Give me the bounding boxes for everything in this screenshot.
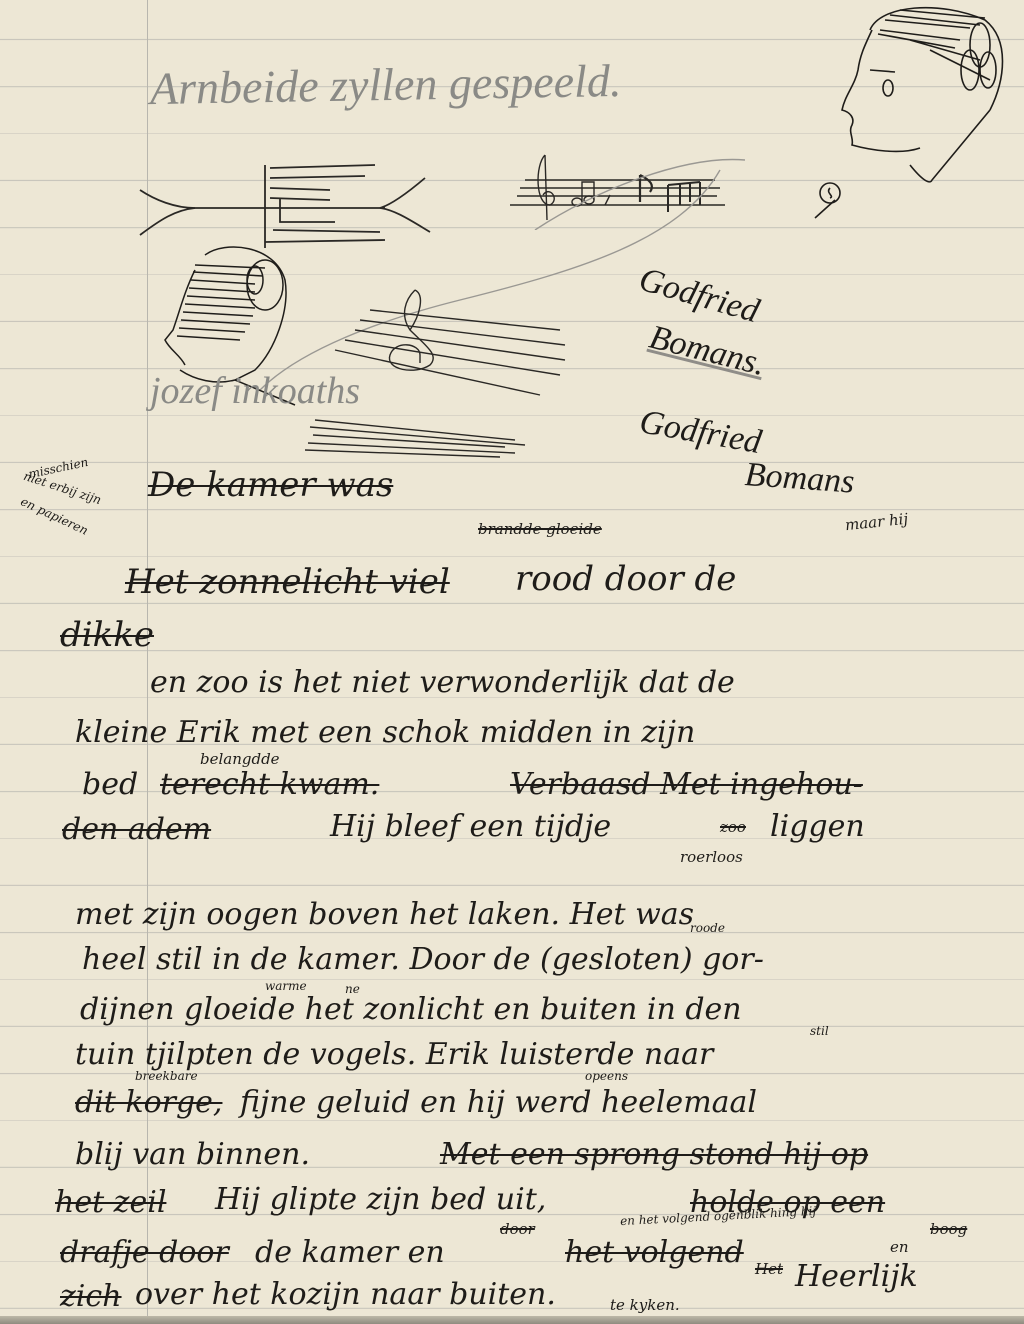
- text-line: heel stil in de kamer. Door de (gesloten…: [82, 945, 764, 975]
- text-line: Hij bleef een tijdje: [330, 812, 611, 842]
- insert-struck: door: [500, 1222, 535, 1237]
- text-line: bed: [82, 770, 138, 800]
- struck-word: Het: [755, 1262, 783, 1277]
- signature-last-2: Bomans: [744, 458, 856, 500]
- signature-first-2: Godfried: [637, 405, 764, 460]
- page-bottom-edge: [0, 1316, 1024, 1324]
- text-line: over het kozijn naar buiten.: [135, 1280, 556, 1310]
- manuscript-page: Arnbeide zyllen gespeeld.: [0, 0, 1024, 1324]
- insert: en: [890, 1240, 909, 1255]
- struck-word: dit korge,: [75, 1088, 222, 1118]
- struck-line: De kamer was: [148, 468, 393, 502]
- spiral-icon: [805, 178, 855, 228]
- text-line: tuin tjilpten de vogels. Erik luisterde …: [75, 1040, 713, 1070]
- pencil-title: Arnbeide zyllen gespeeld.: [150, 58, 622, 112]
- insert: maar hij: [844, 512, 908, 534]
- margin-note-line-3: en papieren: [19, 495, 90, 537]
- struck-line: Verbaasd Met ingehou-: [510, 770, 863, 800]
- struck-line: terecht kwam.: [160, 770, 379, 800]
- struck-line: het volgend: [565, 1238, 744, 1268]
- struck-word: zich: [60, 1282, 122, 1312]
- struck-word: boog: [930, 1222, 967, 1237]
- struck-line: den adem: [62, 815, 211, 845]
- insert: roerloos: [680, 850, 743, 865]
- struck-line: Met een sprong stond hij op: [440, 1140, 868, 1170]
- struck-word: zoo: [720, 820, 746, 835]
- insert: warme: [265, 980, 307, 992]
- struck-word: het zeil: [55, 1188, 166, 1218]
- text-line: Hij glipte zijn bed uit,: [215, 1185, 546, 1215]
- text-line: met zijn oogen boven het laken. Het was: [75, 900, 694, 930]
- insert: stil: [810, 1025, 829, 1037]
- insert: breekbare: [135, 1070, 198, 1082]
- text-line: blij van binnen.: [75, 1140, 310, 1170]
- staff-lines-icon: [305, 415, 535, 465]
- text-line: liggen: [770, 812, 865, 842]
- struck-line: drafje door: [60, 1238, 229, 1268]
- text-line: te kyken.: [610, 1298, 680, 1313]
- text-line: Heerlijk: [795, 1262, 918, 1292]
- pencil-note: jozef inkoaths: [150, 372, 360, 410]
- insert: belangdde: [200, 752, 280, 767]
- text-line: fijne geluid en hij werd heelemaal: [240, 1088, 757, 1118]
- struck-line: Het zonnelicht viel: [125, 565, 450, 599]
- text-line: dijnen gloeide het zonlicht en buiten in…: [80, 995, 742, 1025]
- insert-struck: brandde gloeide: [478, 522, 602, 537]
- treble-clef-staff-icon: [330, 285, 570, 405]
- text-line: en zoo is het niet verwonderlijk dat de: [150, 668, 735, 698]
- portrait-sketch-icon: [810, 0, 1020, 200]
- struck-line: dikke: [60, 618, 154, 652]
- insert: en het volgend ogenblik hing hij: [620, 1205, 817, 1227]
- insert: roode: [690, 922, 725, 934]
- insert: opeens: [585, 1070, 628, 1082]
- text-line: rood door de: [515, 562, 736, 596]
- text-line: de kamer en: [255, 1238, 445, 1268]
- text-line: kleine Erik met een schok midden in zijn: [75, 718, 695, 748]
